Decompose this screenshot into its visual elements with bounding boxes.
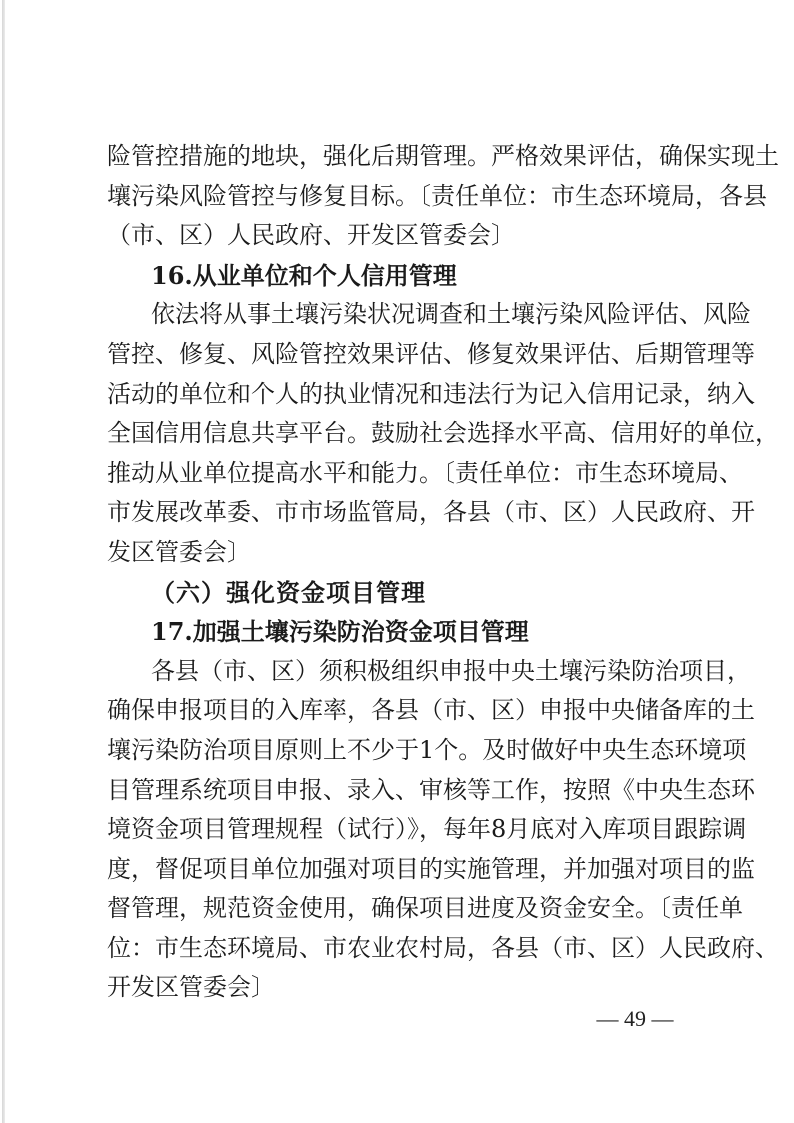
section-16-heading: 16.从业单位和个人信用管理	[107, 256, 689, 296]
paragraph-line: 位：市生态环境局、市农业农村局，各县（市、区）人民政府、	[107, 929, 689, 969]
paragraph-line: 壤污染风险管控与修复目标。〔责任单位：市生态环境局，各县	[107, 177, 689, 217]
paragraph-line: 管控、修复、风险管控效果评估、修复效果评估、后期管理等	[107, 335, 689, 375]
paragraph-line: 开发区管委会〕	[107, 968, 689, 1008]
paragraph-line: 险管控措施的地块，强化后期管理。严格效果评估，确保实现土	[107, 137, 689, 177]
paragraph-line: 目管理系统项目申报、录入、审核等工作，按照《中央生态环	[107, 771, 689, 811]
paragraph-line: 推动从业单位提高水平和能力。〔责任单位：市生态环境局、	[107, 454, 689, 494]
paragraph-line: 发区管委会〕	[107, 533, 689, 573]
paragraph-line: 依法将从事土壤污染状况调查和土壤污染风险评估、风险	[107, 295, 689, 335]
part-6-heading: （六）强化资金项目管理	[107, 573, 689, 613]
paragraph-line: 度，督促项目单位加强对项目的实施管理，并加强对项目的监	[107, 850, 689, 890]
scan-edge-shadow	[2, 0, 5, 1123]
document-body: 险管控措施的地块，强化后期管理。严格效果评估，确保实现土 壤污染风险管控与修复目…	[107, 137, 689, 1008]
paragraph-line: 全国信用信息共享平台。鼓励社会选择水平高、信用好的单位，	[107, 414, 689, 454]
paragraph-line: 境资金项目管理规程（试行）》，每年8月底对入库项目跟踪调	[107, 810, 689, 850]
paragraph-line: 市发展改革委、市市场监管局，各县（市、区）人民政府、开	[107, 493, 689, 533]
paragraph-line: 确保申报项目的入库率，各县（市、区）申报中央储备库的土	[107, 691, 689, 731]
paragraph-line: 壤污染防治项目原则上不少于1个。及时做好中央生态环境项	[107, 731, 689, 771]
paragraph-line: 活动的单位和个人的执业情况和违法行为记入信用记录，纳入	[107, 375, 689, 415]
paragraph-line: （市、区）人民政府、开发区管委会〕	[107, 216, 689, 256]
paragraph-line: 督管理，规范资金使用，确保项目进度及资金安全。〔责任单	[107, 889, 689, 929]
page-number: — 49 —	[590, 1006, 680, 1032]
section-17-heading: 17.加强土壤污染防治资金项目管理	[107, 612, 689, 652]
paragraph-line: 各县（市、区）须积极组织申报中央土壤污染防治项目，	[107, 652, 689, 692]
